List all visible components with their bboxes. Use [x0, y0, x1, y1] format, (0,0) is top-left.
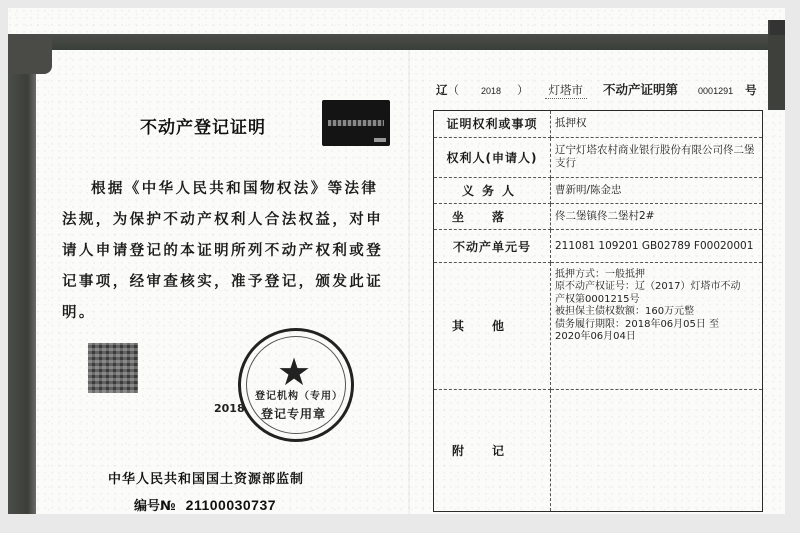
hologram-stripe — [328, 120, 384, 126]
seal-middle-text: 登记机构（专用） — [255, 387, 343, 402]
row-value-location: 佟二堡镇佟二堡村2# — [551, 203, 763, 230]
header-open-paren: （ — [448, 82, 460, 98]
row-label-right-holder: 权利人(申请人) — [434, 137, 551, 178]
row-value-obligor: 曹新明/陈金忠 — [551, 178, 763, 204]
other-line: 抵押方式：一般抵押 — [555, 269, 758, 282]
seal-year: 2018 — [214, 402, 245, 415]
row-label-location: 坐落 — [434, 203, 551, 230]
seal-bottom-text: 登记专用章 — [261, 405, 326, 422]
other-line: 债务履行期限：2018年06月05日 至 — [555, 319, 758, 332]
table-row: 证明权利或事项 抵押权 — [434, 111, 763, 138]
header-city: 灯塔市 — [545, 82, 588, 99]
row-value-right-type: 抵押权 — [551, 111, 763, 138]
other-line: 被担保主债权数额：160万元整 — [555, 306, 758, 319]
table-row: 坐落 佟二堡镇佟二堡村2# — [434, 203, 763, 230]
header-province: 辽 — [436, 82, 448, 98]
header-suffix: 号 — [745, 82, 757, 98]
hologram-tag — [374, 138, 386, 142]
header-number: 0001291 — [698, 86, 733, 96]
other-line: 原不动产权证号：辽（2017）灯塔市不动 — [555, 281, 758, 294]
official-seal: ★ 登记机构（专用） 登记专用章 — [238, 328, 354, 442]
row-value-unit-number: 211081 109201 GB02789 F00020001 — [551, 230, 763, 263]
table-row: 权利人(申请人) 辽宁灯塔农村商业银行股份有限公司佟二堡支行 — [434, 137, 763, 178]
certificate-body-text: 根据《中华人民共和国物权法》等法律法规，为保护不动产权利人合法权益，对申请人申请… — [62, 174, 392, 329]
row-label-right-type: 证明权利或事项 — [434, 111, 551, 138]
row-label-unit-number: 不动产单元号 — [434, 230, 551, 263]
qr-code-icon — [88, 343, 138, 393]
hologram-security-label — [322, 100, 390, 146]
frame-corner-ornament — [8, 34, 52, 74]
star-icon: ★ — [277, 353, 311, 391]
row-label-obligor: 义务人 — [434, 178, 551, 204]
frame-corner-ornament-right — [770, 20, 785, 35]
header-year: 2018 — [481, 86, 501, 96]
table-row: 不动产单元号 211081 109201 GB02789 F00020001 — [434, 230, 763, 263]
header-close-paren: ） — [517, 82, 529, 98]
table-row: 义务人 曹新明/陈金忠 — [434, 178, 763, 204]
certificate-details-table: 证明权利或事项 抵押权 权利人(申请人) 辽宁灯塔农村商业银行股份有限公司佟二堡… — [433, 110, 763, 512]
certificate-number-header: 辽（2018）灯塔市不动产证明第0001291号 — [436, 80, 757, 99]
row-value-right-holder: 辽宁灯塔农村商业银行股份有限公司佟二堡支行 — [551, 137, 763, 178]
row-label-other: 其他 — [434, 262, 551, 389]
table-row: 其他 抵押方式：一般抵押 原不动产权证号：辽（2017）灯塔市不动 产权第000… — [434, 262, 763, 389]
row-value-other: 抵押方式：一般抵押 原不动产权证号：辽（2017）灯塔市不动 产权第000121… — [551, 262, 763, 389]
frame-border-left — [8, 34, 36, 514]
header-title: 不动产证明第 — [603, 80, 678, 98]
page-fold — [408, 50, 410, 514]
serial-number: 编号№21100030737 — [134, 495, 276, 514]
certificate-title: 不动产登记证明 — [140, 113, 266, 138]
other-line: 产权第0001215号 — [555, 294, 758, 307]
issuer-text: 中华人民共和国国土资源部监制 — [108, 468, 304, 487]
serial-label: 编号№ — [134, 499, 176, 514]
serial-value: 21100030737 — [186, 497, 276, 513]
row-value-notes — [551, 389, 763, 512]
other-line: 2020年06月04日 — [555, 331, 758, 344]
row-label-notes: 附记 — [434, 389, 551, 512]
frame-border-top — [8, 34, 778, 50]
table-row: 附记 — [434, 389, 763, 512]
